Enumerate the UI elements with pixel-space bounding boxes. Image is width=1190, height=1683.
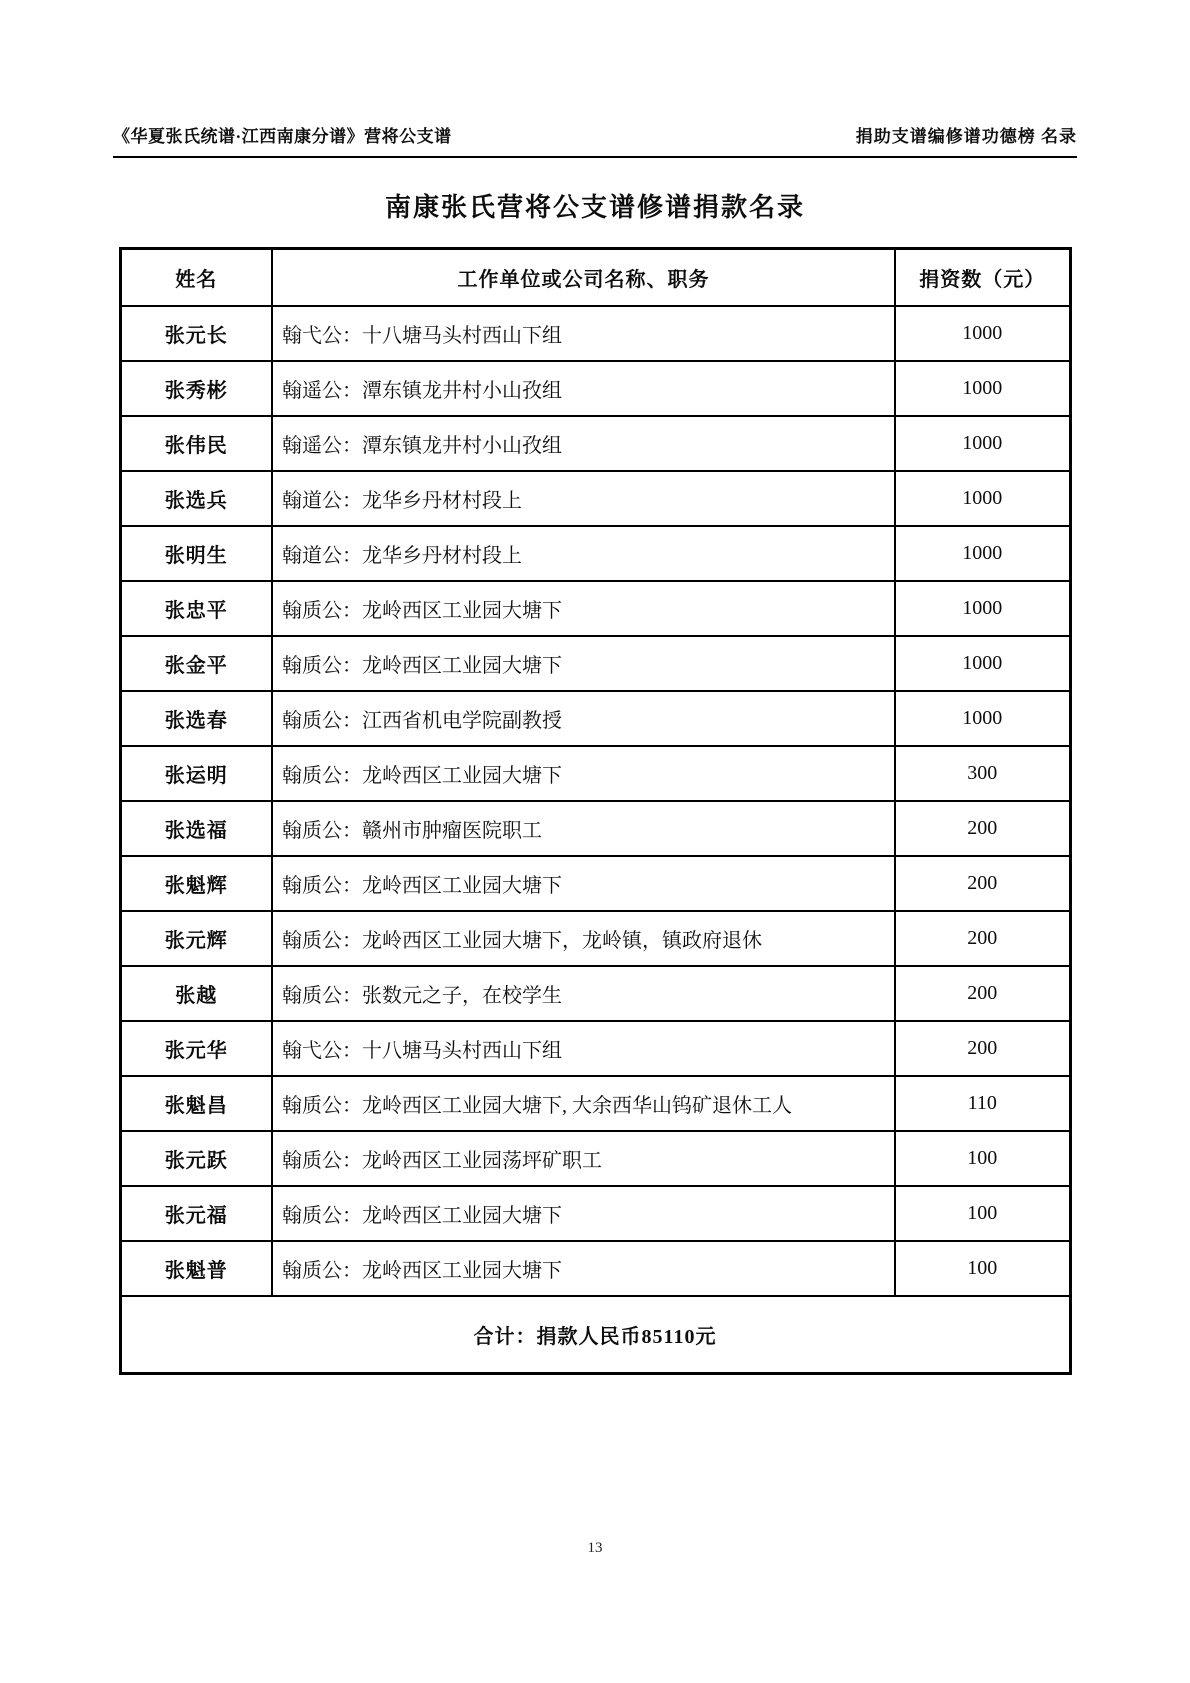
table-row: 张运明 翰质公：龙岭西区工业园大塘下 300: [120, 746, 1070, 801]
donor-work: 翰质公：张数元之子，在校学生: [272, 966, 895, 1021]
table-row: 张元长 翰弋公：十八塘马头村西山下组 1000: [120, 306, 1070, 361]
table-row: 张伟民 翰遥公：潭东镇龙井村小山孜组 1000: [120, 416, 1070, 471]
donor-name: 张元跃: [120, 1131, 272, 1186]
donor-name: 张忠平: [120, 581, 272, 636]
donor-work: 翰道公：龙华乡丹材村段上: [272, 526, 895, 581]
donor-name: 张选兵: [120, 471, 272, 526]
table-row: 张元华 翰弋公：十八塘马头村西山下组 200: [120, 1021, 1070, 1076]
donation-amount: 1000: [895, 361, 1070, 416]
donation-amount: 1000: [895, 306, 1070, 361]
donor-name: 张魁普: [120, 1241, 272, 1296]
donation-amount: 100: [895, 1186, 1070, 1241]
donation-amount: 100: [895, 1241, 1070, 1296]
donor-name: 张元长: [120, 306, 272, 361]
donor-name: 张选春: [120, 691, 272, 746]
table-row: 张元辉 翰质公：龙岭西区工业园大塘下，龙岭镇，镇政府退休 200: [120, 911, 1070, 966]
donation-amount: 1000: [895, 526, 1070, 581]
donor-work: 翰质公：龙岭西区工业园大塘下: [272, 1186, 895, 1241]
table-row: 张魁普 翰质公：龙岭西区工业园大塘下 100: [120, 1241, 1070, 1296]
table-row: 张魁辉 翰质公：龙岭西区工业园大塘下 200: [120, 856, 1070, 911]
donation-amount: 300: [895, 746, 1070, 801]
table-row: 张魁昌 翰质公：龙岭西区工业园大塘下, 大余西华山钨矿退休工人 110: [120, 1076, 1070, 1131]
donation-amount: 1000: [895, 636, 1070, 691]
donor-name: 张魁昌: [120, 1076, 272, 1131]
donation-amount: 200: [895, 856, 1070, 911]
donor-work: 翰遥公：潭东镇龙井村小山孜组: [272, 361, 895, 416]
donor-name: 张越: [120, 966, 272, 1021]
table-row: 张选春 翰质公：江西省机电学院副教授 1000: [120, 691, 1070, 746]
donor-work: 翰质公：龙岭西区工业园大塘下: [272, 1241, 895, 1296]
donation-amount: 1000: [895, 471, 1070, 526]
donor-work: 翰质公：龙岭西区工业园大塘下, 大余西华山钨矿退休工人: [272, 1076, 895, 1131]
donor-name: 张伟民: [120, 416, 272, 471]
donor-name: 张魁辉: [120, 856, 272, 911]
document-page: 《华夏张氏统谱·江西南康分谱》营将公支谱 捐助支谱编修谱功德榜 名录 南康张氏营…: [0, 0, 1190, 1683]
donor-work: 翰弋公：十八塘马头村西山下组: [272, 306, 895, 361]
donor-work: 翰质公：江西省机电学院副教授: [272, 691, 895, 746]
donation-amount: 200: [895, 966, 1070, 1021]
header-right-text: 捐助支谱编修谱功德榜 名录: [856, 122, 1077, 147]
donor-work: 翰质公：龙岭西区工业园大塘下: [272, 636, 895, 691]
donor-work: 翰遥公：潭东镇龙井村小山孜组: [272, 416, 895, 471]
donation-amount: 200: [895, 1021, 1070, 1076]
table-row: 张忠平 翰质公：龙岭西区工业园大塘下 1000: [120, 581, 1070, 636]
donation-amount: 200: [895, 911, 1070, 966]
donor-name: 张选福: [120, 801, 272, 856]
table-row: 张金平 翰质公：龙岭西区工业园大塘下 1000: [120, 636, 1070, 691]
donation-amount: 1000: [895, 691, 1070, 746]
donor-name: 张元福: [120, 1186, 272, 1241]
donor-work: 翰质公：龙岭西区工业园大塘下: [272, 856, 895, 911]
donation-amount: 1000: [895, 581, 1070, 636]
table-row: 张元跃 翰质公：龙岭西区工业园荡坪矿职工 100: [120, 1131, 1070, 1186]
donor-work: 翰质公：赣州市肿瘤医院职工: [272, 801, 895, 856]
donor-name: 张秀彬: [120, 361, 272, 416]
table-total-row: 合计：捐款人民币85110元: [120, 1296, 1070, 1374]
donor-work: 翰质公：龙岭西区工业园大塘下: [272, 581, 895, 636]
donor-work: 翰弋公：十八塘马头村西山下组: [272, 1021, 895, 1076]
column-header-name: 姓名: [120, 249, 272, 306]
donor-work: 翰质公：龙岭西区工业园大塘下，龙岭镇，镇政府退休: [272, 911, 895, 966]
donor-name: 张元辉: [120, 911, 272, 966]
column-header-work: 工作单位或公司名称、职务: [272, 249, 895, 306]
donor-name: 张金平: [120, 636, 272, 691]
table-header-row: 姓名 工作单位或公司名称、职务 捐资数（元）: [120, 249, 1070, 306]
table-row: 张越 翰质公：张数元之子，在校学生 200: [120, 966, 1070, 1021]
table-row: 张选福 翰质公：赣州市肿瘤医院职工 200: [120, 801, 1070, 856]
table-row: 张元福 翰质公：龙岭西区工业园大塘下 100: [120, 1186, 1070, 1241]
total-label: 合计：捐款人民币85110元: [120, 1296, 1070, 1374]
header-left-text: 《华夏张氏统谱·江西南康分谱》营将公支谱: [113, 122, 452, 147]
page-header: 《华夏张氏统谱·江西南康分谱》营将公支谱 捐助支谱编修谱功德榜 名录: [113, 0, 1077, 158]
donor-name: 张明生: [120, 526, 272, 581]
page-number: 13: [0, 1540, 1190, 1557]
donation-table: 姓名 工作单位或公司名称、职务 捐资数（元） 张元长 翰弋公：十八塘马头村西山下…: [119, 247, 1072, 1375]
donor-work: 翰道公：龙华乡丹材村段上: [272, 471, 895, 526]
donor-work: 翰质公：龙岭西区工业园荡坪矿职工: [272, 1131, 895, 1186]
donation-amount: 110: [895, 1076, 1070, 1131]
table-row: 张选兵 翰道公：龙华乡丹材村段上 1000: [120, 471, 1070, 526]
column-header-amount: 捐资数（元）: [895, 249, 1070, 306]
table-row: 张明生 翰道公：龙华乡丹材村段上 1000: [120, 526, 1070, 581]
donation-amount: 100: [895, 1131, 1070, 1186]
document-title: 南康张氏营将公支谱修谱捐款名录: [0, 187, 1190, 224]
donor-name: 张元华: [120, 1021, 272, 1076]
table-row: 张秀彬 翰遥公：潭东镇龙井村小山孜组 1000: [120, 361, 1070, 416]
donor-work: 翰质公：龙岭西区工业园大塘下: [272, 746, 895, 801]
donation-amount: 1000: [895, 416, 1070, 471]
donor-name: 张运明: [120, 746, 272, 801]
donation-amount: 200: [895, 801, 1070, 856]
